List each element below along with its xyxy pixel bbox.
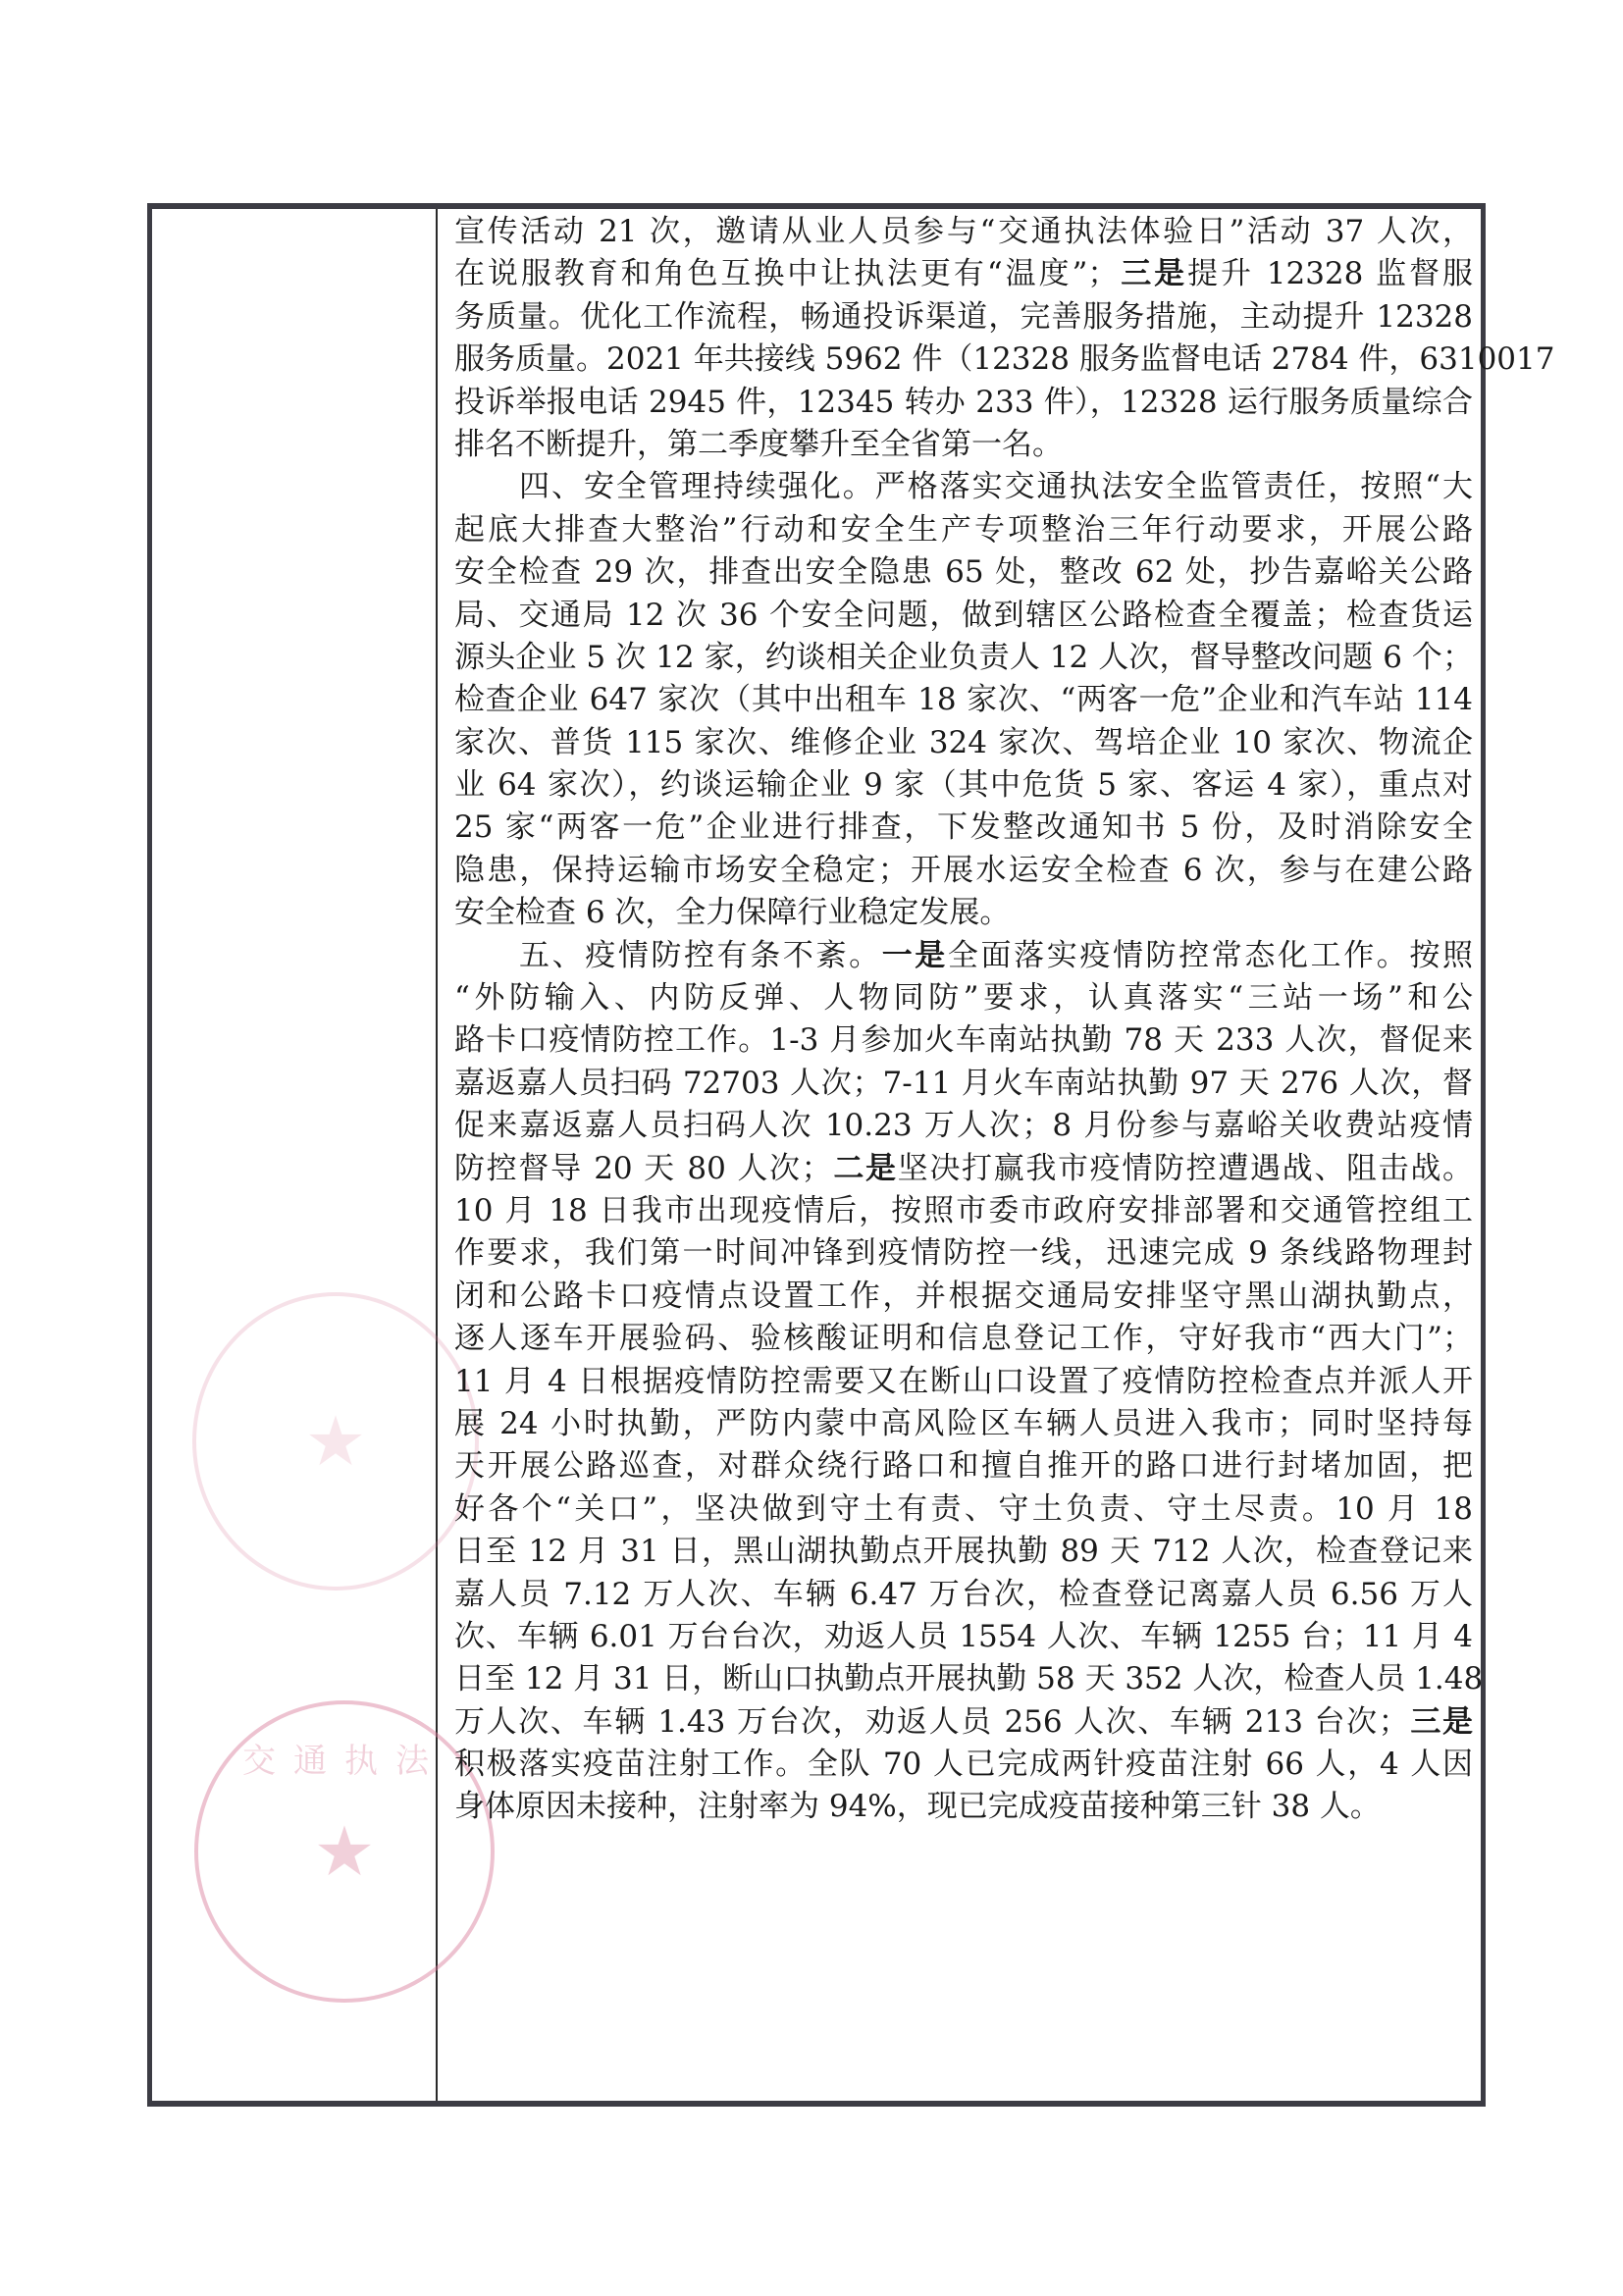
emphasis-label: 三是 (1118, 256, 1187, 291)
body-text-line: 隐患，保持运输市场安全稳定；开展水运安全检查 6 次，参与在建公路 (454, 850, 1473, 892)
text-segment: 防控督导 20 天 80 人次； (454, 1151, 832, 1186)
report-body-text: 宣传活动 21 次，邀请从业人员参与“交通执法体验日”活动 37 人次，在说服教… (454, 211, 1473, 1829)
body-text-line: 嘉人员 7.12 万人次、车辆 6.47 万台次，检查登记离嘉人员 6.56 万… (454, 1574, 1473, 1616)
text-segment: 促来嘉返嘉人员扫码人次 10.23 万人次；8 月份参与嘉峪关收费站疫情 (454, 1108, 1473, 1143)
text-segment: 安全检查 29 次，排查出安全隐患 65 处，整改 62 处，抄告嘉峪关公路 (454, 554, 1473, 590)
text-segment: 隐患，保持运输市场安全稳定；开展水运安全检查 6 次，参与在建公路 (454, 853, 1473, 888)
text-segment: 家次、普货 115 家次、维修企业 324 家次、驾培企业 10 家次、物流企 (454, 725, 1473, 760)
emphasis-label: 一是 (882, 938, 948, 973)
body-text-line: 检查企业 647 家次（其中出租车 18 家次、“两客一危”企业和汽车站 114 (454, 679, 1473, 721)
body-text-line: 局、交通局 12 次 36 个安全问题，做到辖区公路检查全覆盖；检查货运 (454, 595, 1473, 637)
text-segment: 11 月 4 日根据疫情防控需要又在断山口设置了疫情防控检查点并派人开 (454, 1364, 1473, 1399)
text-segment: 好各个“关口”，坚决做到守土有责、守土负责、守土尽责。10 月 18 (454, 1491, 1473, 1527)
text-segment: 服务质量。2021 年共接线 5962 件（12328 服务监督电话 2784 … (454, 341, 1554, 377)
body-text-line: 服务质量。2021 年共接线 5962 件（12328 服务监督电话 2784 … (454, 339, 1473, 381)
body-text-line: 安全检查 29 次，排查出安全隐患 65 处，整改 62 处，抄告嘉峪关公路 (454, 551, 1473, 594)
seal-star-icon: ★ (305, 1407, 367, 1476)
body-text-line: 业 64 家次），约谈运输企业 9 家（其中危货 5 家、客运 4 家），重点对 (454, 764, 1473, 807)
text-segment: 排名不断提升，第二季度攀升至全省第一名。 (454, 427, 1063, 462)
text-segment: 路卡口疫情防控工作。1-3 月参加火车南站执勤 78 天 233 人次，督促来 (454, 1022, 1473, 1058)
text-segment: 起底大排查大整治”行动和安全生产专项整治三年行动要求，开展公路 (454, 512, 1473, 548)
seal-star-icon: ★ (314, 1817, 376, 1886)
body-text-line: 在说服教育和角色互换中让执法更有“温度”；三是提升 12328 监督服 (454, 253, 1473, 295)
text-segment: 投诉举报电话 2945 件，12345 转办 233 件），12328 运行服务… (454, 385, 1473, 420)
text-segment: 日至 12 月 31 日，黑山湖执勤点开展执勤 89 天 712 人次，检查登记… (454, 1534, 1473, 1569)
body-text-line: 日至 12 月 31 日，断山口执勤点开展执勤 58 天 352 人次，检查人员… (454, 1658, 1473, 1700)
text-segment: 宣传活动 21 次，邀请从业人员参与“交通执法体验日”活动 37 人次， (454, 214, 1473, 249)
text-segment: 坚决打赢我市疫情防控遭遇战、阻击战。 (898, 1151, 1473, 1186)
body-text-line: 作要求，我们第一时间冲锋到疫情防控一线，迅速完成 9 条线路物理封 (454, 1232, 1473, 1275)
body-text-line: 源头企业 5 次 12 家，约谈相关企业负责人 12 人次，督导整改问题 6 个… (454, 637, 1473, 679)
body-text-line: “外防输入、内防反弹、人物同防”要求，认真落实“三站一场”和公 (454, 977, 1473, 1019)
text-segment: 天开展公路巡查，对群众绕行路口和擅自推开的路口进行封堵加固，把 (454, 1448, 1473, 1484)
text-segment: 日至 12 月 31 日，断山口执勤点开展执勤 58 天 352 人次，检查人员… (454, 1661, 1483, 1696)
body-text-line: 投诉举报电话 2945 件，12345 转办 233 件），12328 运行服务… (454, 382, 1473, 424)
text-segment: 五、疫情防控有条不紊。 (519, 938, 882, 973)
text-segment: 嘉返嘉人员扫码 72703 人次；7-11 月火车南站执勤 97 天 276 人… (454, 1066, 1473, 1101)
seal-ring-text: 交通执法 (198, 1734, 491, 1782)
text-segment: 安全检查 6 次，全力保障行业稳定发展。 (454, 895, 1010, 930)
text-segment: 10 月 18 日我市出现疫情后，按照市委市政府安排部署和交通管控组工 (454, 1193, 1473, 1228)
body-text-line: 闭和公路卡口疫情点设置工作，并根据交通局安排坚守黑山湖执勤点， (454, 1276, 1473, 1318)
body-text-line: 身体原因未接种，注射率为 94%，现已完成疫苗接种第三针 38 人。 (454, 1786, 1473, 1828)
body-text-line: 好各个“关口”，坚决做到守土有责、守土负责、守土尽责。10 月 18 (454, 1488, 1473, 1531)
official-seal-lower: 交通执法 ★ (194, 1700, 495, 2003)
text-segment: 嘉人员 7.12 万人次、车辆 6.47 万台次，检查登记离嘉人员 6.56 万… (454, 1577, 1473, 1612)
body-text-line: 安全检查 6 次，全力保障行业稳定发展。 (454, 892, 1473, 934)
body-text-line: 10 月 18 日我市出现疫情后，按照市委市政府安排部署和交通管控组工 (454, 1190, 1473, 1232)
text-segment: 提升 12328 监督服 (1187, 256, 1473, 291)
body-text-line: 万人次、车辆 1.43 万台次，劝返人员 256 人次、车辆 213 台次；三是 (454, 1701, 1473, 1744)
text-segment: 万人次、车辆 1.43 万台次，劝返人员 256 人次、车辆 213 台次； (454, 1704, 1409, 1740)
text-segment: 作要求，我们第一时间冲锋到疫情防控一线，迅速完成 9 条线路物理封 (454, 1235, 1473, 1271)
text-segment: 局、交通局 12 次 36 个安全问题，做到辖区公路检查全覆盖；检查货运 (454, 598, 1473, 633)
body-text-line: 展 24 小时执勤，严防内蒙中高风险区车辆人员进入我市；同时坚持每 (454, 1403, 1473, 1445)
body-text-line: 25 家“两客一危”企业进行排查，下发整改通知书 5 份，及时消除安全 (454, 807, 1473, 849)
body-text-line: 11 月 4 日根据疫情防控需要又在断山口设置了疫情防控检查点并派人开 (454, 1361, 1473, 1403)
body-text-line: 路卡口疫情防控工作。1-3 月参加火车南站执勤 78 天 233 人次，督促来 (454, 1019, 1473, 1062)
body-text-line: 天开展公路巡查，对群众绕行路口和擅自推开的路口进行封堵加固，把 (454, 1445, 1473, 1487)
body-text-line: 日至 12 月 31 日，黑山湖执勤点开展执勤 89 天 712 人次，检查登记… (454, 1531, 1473, 1573)
text-segment: 业 64 家次），约谈运输企业 9 家（其中危货 5 家、客运 4 家），重点对 (454, 767, 1473, 803)
text-segment: 逐人逐车开展验码、验核酸证明和信息登记工作，守好我市“西大门”； (454, 1321, 1473, 1356)
text-segment: 展 24 小时执勤，严防内蒙中高风险区车辆人员进入我市；同时坚持每 (454, 1406, 1473, 1441)
body-text-line: 嘉返嘉人员扫码 72703 人次；7-11 月火车南站执勤 97 天 276 人… (454, 1063, 1473, 1105)
body-text-line: 四、安全管理持续强化。严格落实交通执法安全监管责任，按照“大 (454, 466, 1473, 508)
emphasis-label: 二是 (832, 1151, 898, 1186)
text-segment: 身体原因未接种，注射率为 94%，现已完成疫苗接种第三针 38 人。 (454, 1789, 1381, 1824)
body-text-line: 五、疫情防控有条不紊。一是全面落实疫情防控常态化工作。按照 (454, 935, 1473, 977)
official-seal-upper: ★ (192, 1292, 479, 1591)
text-segment: 积极落实疫苗注射工作。全队 70 人已完成两针疫苗注射 66 人，4 人因 (454, 1747, 1473, 1782)
text-segment: 次、车辆 6.01 万台台次，劝返人员 1554 人次、车辆 1255 台；11… (454, 1619, 1473, 1654)
text-segment: 全面落实疫情防控常态化工作。按照 (948, 938, 1473, 973)
text-segment: 25 家“两客一危”企业进行排查，下发整改通知书 5 份，及时消除安全 (454, 809, 1473, 845)
emphasis-label: 三是 (1409, 1704, 1473, 1740)
body-text-line: 积极落实疫苗注射工作。全队 70 人已完成两针疫苗注射 66 人，4 人因 (454, 1744, 1473, 1786)
body-text-line: 务质量。优化工作流程，畅通投诉渠道，完善服务措施，主动提升 12328 (454, 296, 1473, 339)
body-text-line: 次、车辆 6.01 万台台次，劝返人员 1554 人次、车辆 1255 台；11… (454, 1616, 1473, 1658)
body-text-line: 逐人逐车开展验码、验核酸证明和信息登记工作，守好我市“西大门”； (454, 1318, 1473, 1360)
text-segment: 源头企业 5 次 12 家，约谈相关企业负责人 12 人次，督导整改问题 6 个… (454, 640, 1473, 675)
body-text-line: 宣传活动 21 次，邀请从业人员参与“交通执法体验日”活动 37 人次， (454, 211, 1473, 253)
text-segment: 闭和公路卡口疫情点设置工作，并根据交通局安排坚守黑山湖执勤点， (454, 1278, 1473, 1314)
text-segment: 在说服教育和角色互换中让执法更有“温度”； (454, 256, 1118, 291)
text-segment: “外防输入、内防反弹、人物同防”要求，认真落实“三站一场”和公 (454, 980, 1473, 1016)
body-text-line: 防控督导 20 天 80 人次；二是坚决打赢我市疫情防控遭遇战、阻击战。 (454, 1148, 1473, 1190)
text-segment: 务质量。优化工作流程，畅通投诉渠道，完善服务措施，主动提升 12328 (454, 299, 1473, 335)
body-text-line: 家次、普货 115 家次、维修企业 324 家次、驾培企业 10 家次、物流企 (454, 722, 1473, 764)
body-text-line: 促来嘉返嘉人员扫码人次 10.23 万人次；8 月份参与嘉峪关收费站疫情 (454, 1105, 1473, 1147)
body-text-line: 起底大排查大整治”行动和安全生产专项整治三年行动要求，开展公路 (454, 509, 1473, 551)
text-segment: 四、安全管理持续强化。严格落实交通执法安全监管责任，按照“大 (519, 469, 1473, 504)
body-text-line: 排名不断提升，第二季度攀升至全省第一名。 (454, 424, 1473, 466)
text-segment: 检查企业 647 家次（其中出租车 18 家次、“两客一危”企业和汽车站 114 (454, 682, 1473, 717)
